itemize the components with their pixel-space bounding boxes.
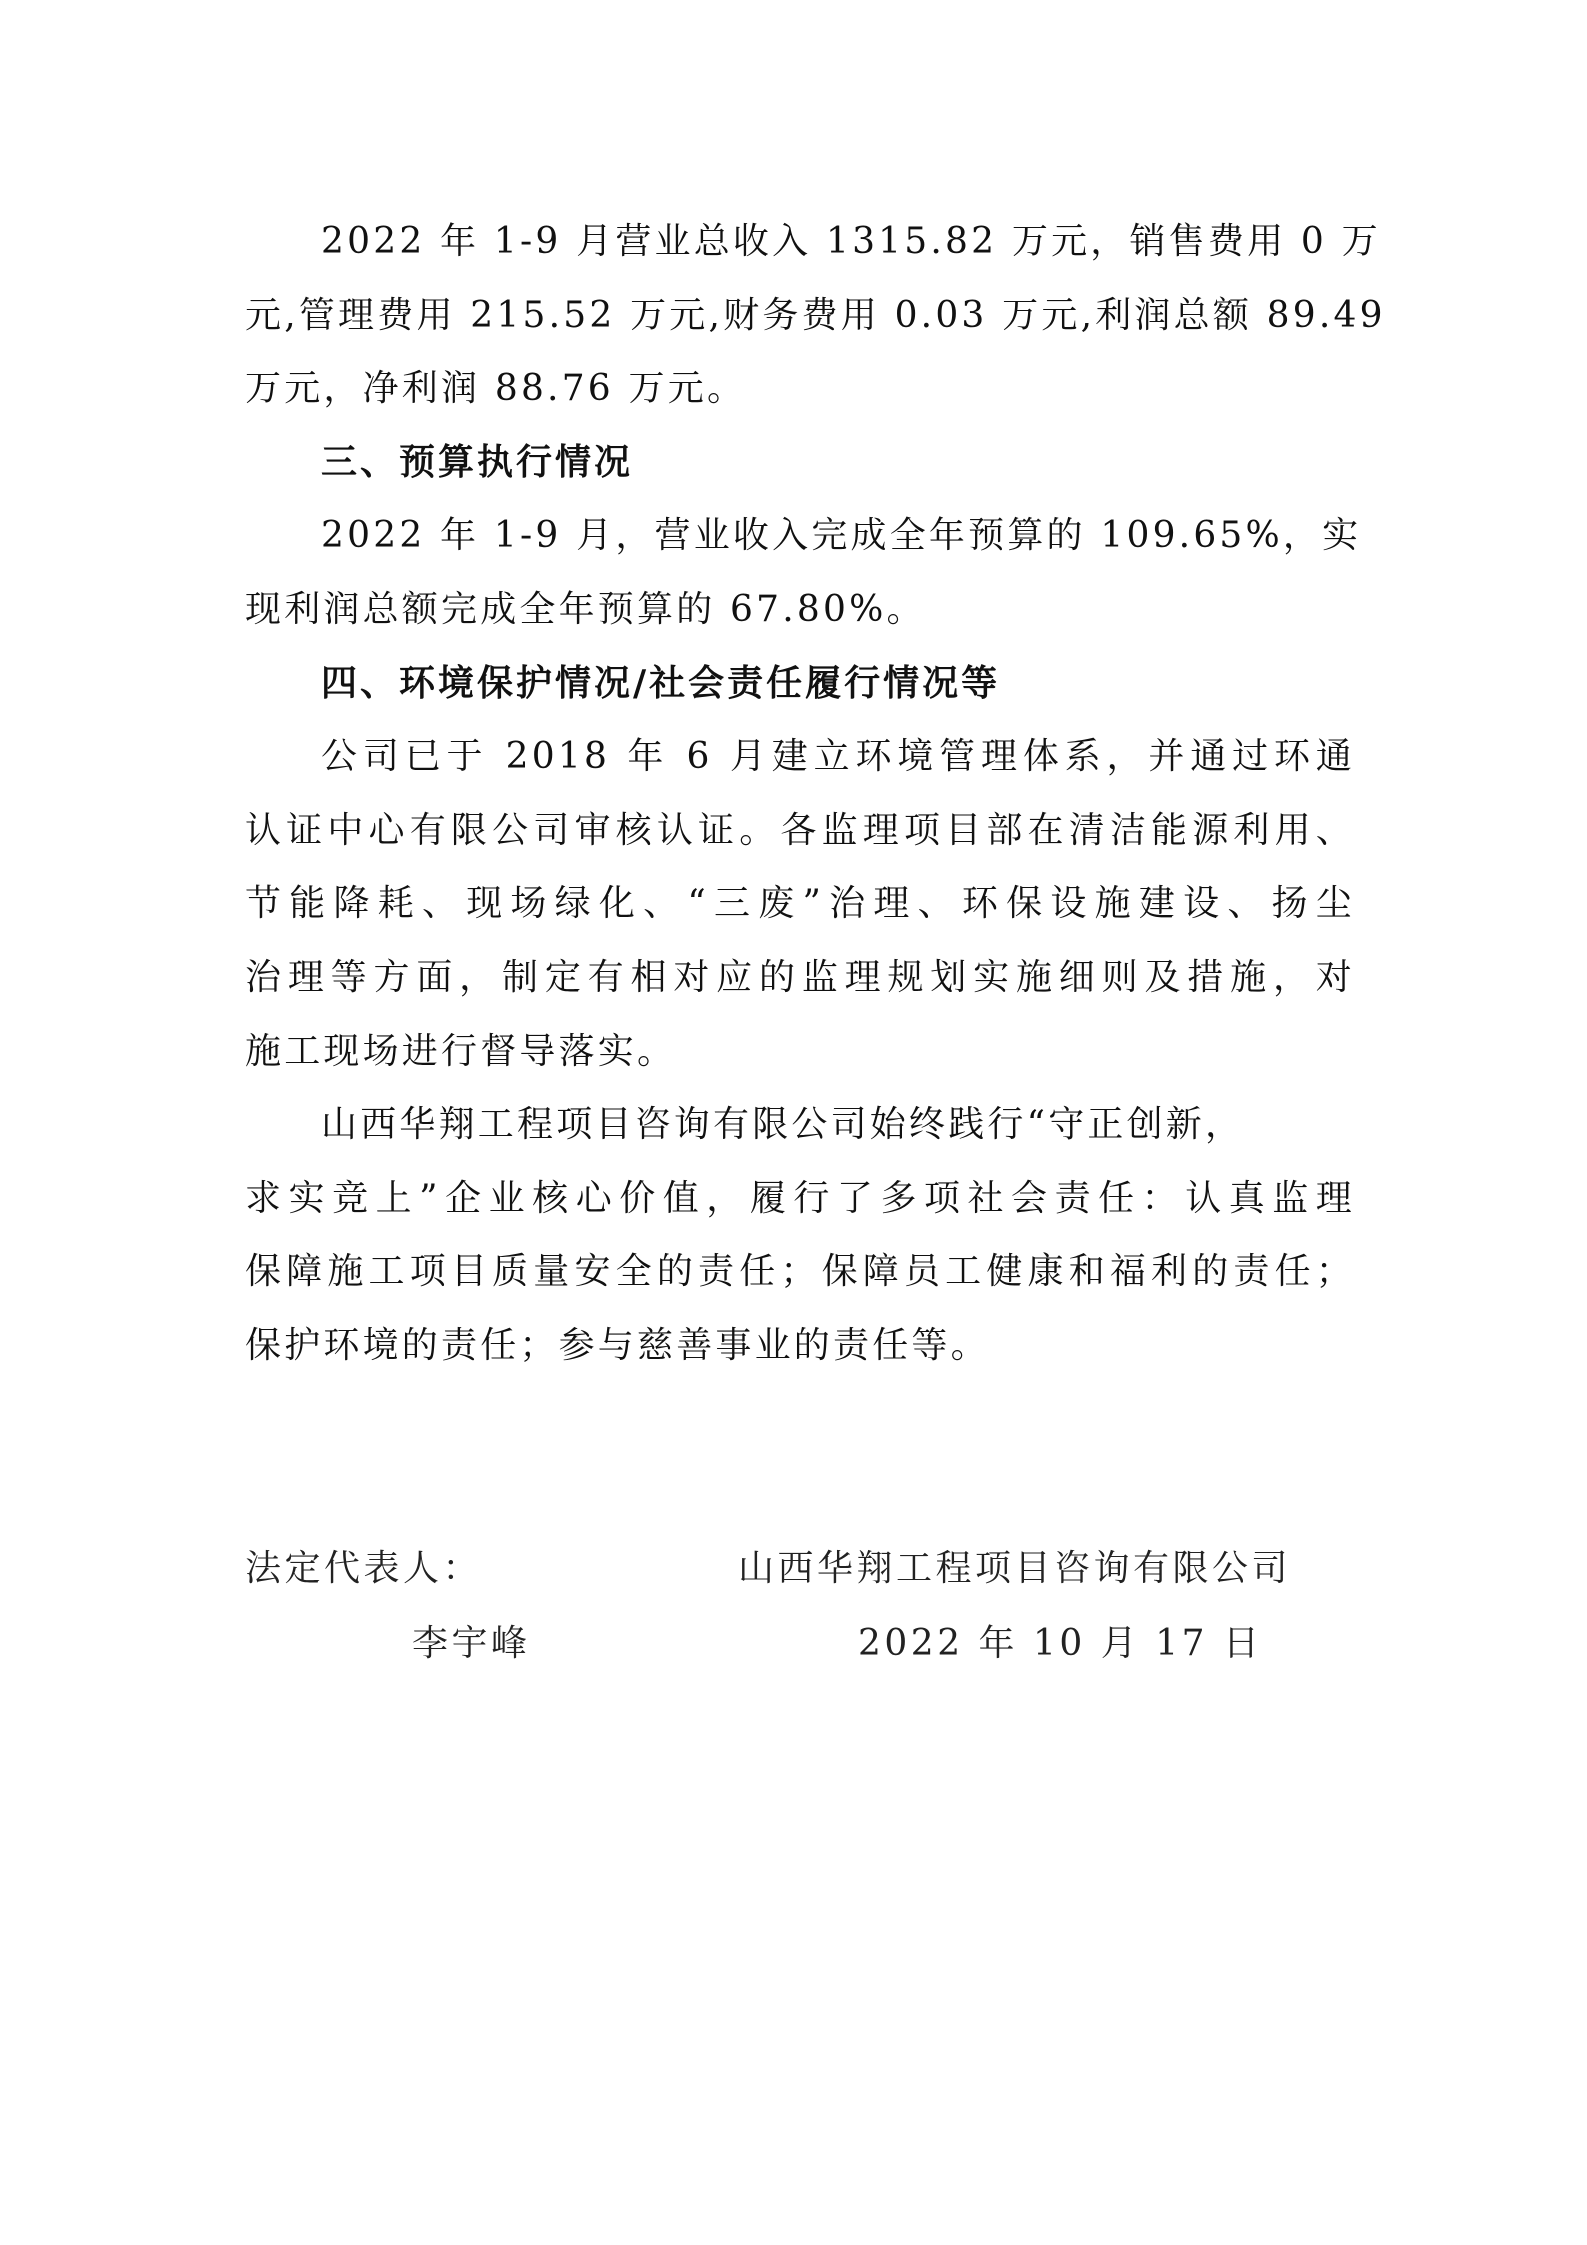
- section-heading-budget: 三、预算执行情况: [245, 426, 1355, 500]
- text-line: 认证中心有限公司审核认证。各监理项目部在清洁能源利用、: [245, 794, 1355, 868]
- text-line: 施工现场进行督导落实。: [245, 1015, 1355, 1089]
- text-line: 2022 年 1-9 月，营业收入完成全年预算的 109.65%，实: [245, 499, 1355, 573]
- text-line: 公司已于 2018 年 6 月建立环境管理体系，并通过环通: [245, 720, 1355, 794]
- text-line: 元,管理费用 215.52 万元,财务费用 0.03 万元,利润总额 89.49: [245, 279, 1355, 353]
- text-line: 求实竞上”企业核心价值，履行了多项社会责任：认真监理: [245, 1162, 1355, 1236]
- paragraph-finance-summary: 2022 年 1-9 月营业总收入 1315.82 万元，销售费用 0 万 元,…: [245, 205, 1355, 426]
- text-line: 保障施工项目质量安全的责任；保障员工健康和福利的责任；: [245, 1235, 1355, 1309]
- signature-date: 2022 年 10 月 17 日: [858, 1615, 1262, 1666]
- section-heading-environment: 四、环境保护情况/社会责任履行情况等: [245, 647, 1355, 721]
- text-line: 2022 年 1-9 月营业总收入 1315.82 万元，销售费用 0 万: [245, 205, 1355, 279]
- text-line: 万元，净利润 88.76 万元。: [245, 352, 1355, 426]
- paragraph-social-responsibility: 山西华翔工程项目咨询有限公司始终践行“守正创新， 求实竞上”企业核心价值，履行了…: [245, 1088, 1355, 1382]
- text-line: 保护环境的责任；参与慈善事业的责任等。: [245, 1309, 1355, 1383]
- text-line: 治理等方面，制定有相对应的监理规划实施细则及措施，对: [245, 941, 1355, 1015]
- paragraph-budget-execution: 2022 年 1-9 月，营业收入完成全年预算的 109.65%，实 现利润总额…: [245, 499, 1355, 646]
- legal-representative-name: 李宇峰: [412, 1615, 531, 1666]
- company-name: 山西华翔工程项目咨询有限公司: [738, 1540, 1291, 1591]
- text-line: 节能降耗、现场绿化、“三废”治理、环保设施建设、扬尘: [245, 867, 1355, 941]
- document-body: 2022 年 1-9 月营业总收入 1315.82 万元，销售费用 0 万 元,…: [245, 205, 1355, 1383]
- paragraph-environment-system: 公司已于 2018 年 6 月建立环境管理体系，并通过环通 认证中心有限公司审核…: [245, 720, 1355, 1088]
- document-page: 2022 年 1-9 月营业总收入 1315.82 万元，销售费用 0 万 元,…: [0, 0, 1587, 2245]
- text-line: 山西华翔工程项目咨询有限公司始终践行“守正创新，: [245, 1088, 1355, 1162]
- legal-representative-label: 法定代表人：: [245, 1540, 482, 1591]
- text-line: 现利润总额完成全年预算的 67.80%。: [245, 573, 1355, 647]
